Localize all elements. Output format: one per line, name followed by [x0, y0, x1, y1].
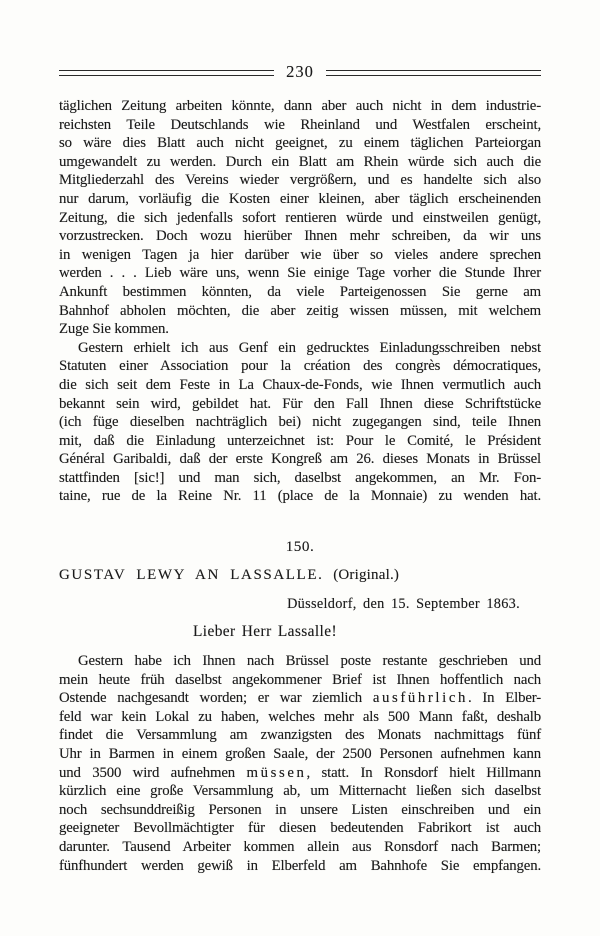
text-line: so wäre dies Blatt auch nicht geeignet, …	[59, 134, 541, 153]
text-segment: in wenigen Tagen ja hier darüber wie übe…	[59, 247, 541, 263]
text-segment: Bahnhof abholen möchten, die aber zeitig…	[59, 303, 541, 319]
text-line: vorzustrecken. Doch wozu hierüber Ihnen …	[59, 227, 541, 246]
text-segment: reichsten Teile Deutschlands wie Rheinla…	[59, 117, 541, 133]
body-text-block: täglichen Zeitung arbeiten könnte, dann …	[59, 97, 541, 506]
text-line: Général Garibaldi, daß der erste Kongreß…	[59, 450, 541, 469]
text-line: (ich füge dieselben nachträglich bei) ni…	[59, 413, 541, 432]
text-segment: stattfinden [sic!] und man sich, daselbs…	[59, 470, 541, 486]
emphasized-text: müssen	[247, 765, 307, 781]
text-segment: taine, rue de la Reine Nr. 11 (place de …	[59, 488, 541, 504]
text-line: Gestern habe ich Ihnen nach Brüssel post…	[59, 652, 541, 671]
text-line: geeigneter Bevollmächtigter für diesen b…	[59, 819, 541, 838]
text-line: Statuten einer Association pour la créat…	[59, 357, 541, 376]
text-segment: findet die Versammlung am zwanzigsten de…	[59, 727, 541, 743]
text-line: mit, daß die Einladung unterzeichnet ist…	[59, 432, 541, 451]
text-segment: nur darum, vorläufig die Kosten einer kl…	[59, 191, 541, 207]
text-segment: Gestern habe ich Ihnen nach Brüssel post…	[78, 653, 541, 669]
text-segment: Général Garibaldi, daß der erste Kongreß…	[59, 451, 541, 467]
page-header: 230	[59, 62, 541, 82]
text-segment: mein heute früh daselbst angekommener Br…	[59, 672, 541, 688]
text-segment: Zuge Sie kommen.	[59, 321, 169, 337]
text-line: noch sechsunddreißig Personen in unsere …	[59, 801, 541, 820]
text-line: fünfhundert werden gewiß in Elberfeld am…	[59, 857, 541, 876]
text-line: darunter. Tausend Arbeiter kommen allein…	[59, 838, 541, 857]
text-segment: Uhr in Barmen in einem großen Saale, der…	[59, 746, 541, 762]
text-line: reichsten Teile Deutschlands wie Rheinla…	[59, 116, 541, 135]
text-line: täglichen Zeitung arbeiten könnte, dann …	[59, 97, 541, 116]
text-segment: werden . . . Lieb wäre uns, wenn Sie ein…	[59, 265, 541, 281]
text-segment: Statuten einer Association pour la créat…	[59, 358, 541, 374]
text-segment: und 3500 wird aufnehmen	[59, 765, 247, 781]
text-segment: noch sechsunddreißig Personen in unsere …	[59, 802, 541, 818]
text-segment: fünfhundert werden gewiß in Elberfeld am…	[59, 858, 541, 874]
text-segment: , statt. In Ronsdorf hielt Hillmann	[307, 765, 541, 781]
text-line: in wenigen Tagen ja hier darüber wie übe…	[59, 246, 541, 265]
text-line: feld war kein Lokal zu haben, welches me…	[59, 708, 541, 727]
text-line: mein heute früh daselbst angekommener Br…	[59, 671, 541, 690]
section-title-note: (Original.)	[333, 567, 399, 583]
section-title: GUSTAV LEWY AN LASSALLE. (Original.)	[59, 567, 541, 584]
text-line: werden . . . Lieb wäre uns, wenn Sie ein…	[59, 264, 541, 283]
salutation: Lieber Herr Lassalle!	[59, 623, 541, 641]
text-segment: Gestern erhielt ich aus Genf ein gedruck…	[78, 340, 541, 356]
paragraph: Gestern erhielt ich aus Genf ein gedruck…	[59, 339, 541, 506]
text-segment: geeigneter Bevollmächtigter für diesen b…	[59, 820, 541, 836]
text-line: Gestern erhielt ich aus Genf ein gedruck…	[59, 339, 541, 358]
text-line: Mitgliederzahl des Vereins wieder vergrö…	[59, 171, 541, 190]
text-line: findet die Versammlung am zwanzigsten de…	[59, 726, 541, 745]
text-line: kürzlich eine große Versammlung ab, um M…	[59, 782, 541, 801]
text-segment: Ankunft bestimmen könnten, da viele Part…	[59, 284, 541, 300]
section-title-caps: GUSTAV LEWY AN LASSALLE.	[59, 567, 323, 583]
text-segment: täglichen Zeitung arbeiten könnte, dann …	[59, 98, 541, 114]
text-line: nur darum, vorläufig die Kosten einer kl…	[59, 190, 541, 209]
emphasized-text: ausführlich	[373, 690, 468, 706]
text-segment: so wäre dies Blatt auch nicht geeignet, …	[59, 135, 541, 151]
text-line: die sich seit dem Feste in La Chaux-de-F…	[59, 376, 541, 395]
text-segment: Mitgliederzahl des Vereins wieder vergrö…	[59, 172, 541, 188]
text-line: Ankunft bestimmen könnten, da viele Part…	[59, 283, 541, 302]
text-line: Uhr in Barmen in einem großen Saale, der…	[59, 745, 541, 764]
text-line: bekannt sein wird, gebildet hat. Für den…	[59, 395, 541, 414]
dateline: Düsseldorf, den 15. September 1863.	[59, 596, 541, 613]
text-segment: Zeitung, die sich jedenfalls sofort rent…	[59, 210, 541, 226]
paragraph: täglichen Zeitung arbeiten könnte, dann …	[59, 97, 541, 339]
header-rule-right	[326, 70, 541, 76]
text-line: Bahnhof abholen möchten, die aber zeitig…	[59, 302, 541, 321]
text-line: Zeitung, die sich jedenfalls sofort rent…	[59, 209, 541, 228]
text-segment: Ostende nachgesandt worden; er war zieml…	[59, 690, 373, 706]
text-segment: vorzustrecken. Doch wozu hierüber Ihnen …	[59, 228, 541, 244]
section-number: 150.	[59, 538, 541, 556]
text-segment: umgewandelt zu werden. Durch ein Blatt a…	[59, 154, 541, 170]
text-segment: mit, daß die Einladung unterzeichnet ist…	[59, 433, 541, 449]
text-line: umgewandelt zu werden. Durch ein Blatt a…	[59, 153, 541, 172]
text-segment: kürzlich eine große Versammlung ab, um M…	[59, 783, 541, 799]
letter-text-block: Gestern habe ich Ihnen nach Brüssel post…	[59, 652, 541, 875]
page-number: 230	[274, 62, 326, 82]
text-segment: darunter. Tausend Arbeiter kommen allein…	[59, 839, 541, 855]
text-line: und 3500 wird aufnehmen müssen, statt. I…	[59, 764, 541, 783]
text-line: stattfinden [sic!] und man sich, daselbs…	[59, 469, 541, 488]
text-line: Zuge Sie kommen.	[59, 320, 541, 339]
text-segment: (ich füge dieselben nachträglich bei) ni…	[59, 414, 541, 430]
text-line: taine, rue de la Reine Nr. 11 (place de …	[59, 487, 541, 506]
text-segment: feld war kein Lokal zu haben, welches me…	[59, 709, 541, 725]
header-rule-left	[59, 70, 274, 76]
book-page: 230 täglichen Zeitung arbeiten könnte, d…	[0, 0, 600, 936]
text-segment: die sich seit dem Feste in La Chaux-de-F…	[59, 377, 541, 393]
text-segment: bekannt sein wird, gebildet hat. Für den…	[59, 396, 541, 412]
text-line: Ostende nachgesandt worden; er war zieml…	[59, 689, 541, 708]
text-segment: . In Elber-	[468, 690, 541, 706]
paragraph: Gestern habe ich Ihnen nach Brüssel post…	[59, 652, 541, 875]
